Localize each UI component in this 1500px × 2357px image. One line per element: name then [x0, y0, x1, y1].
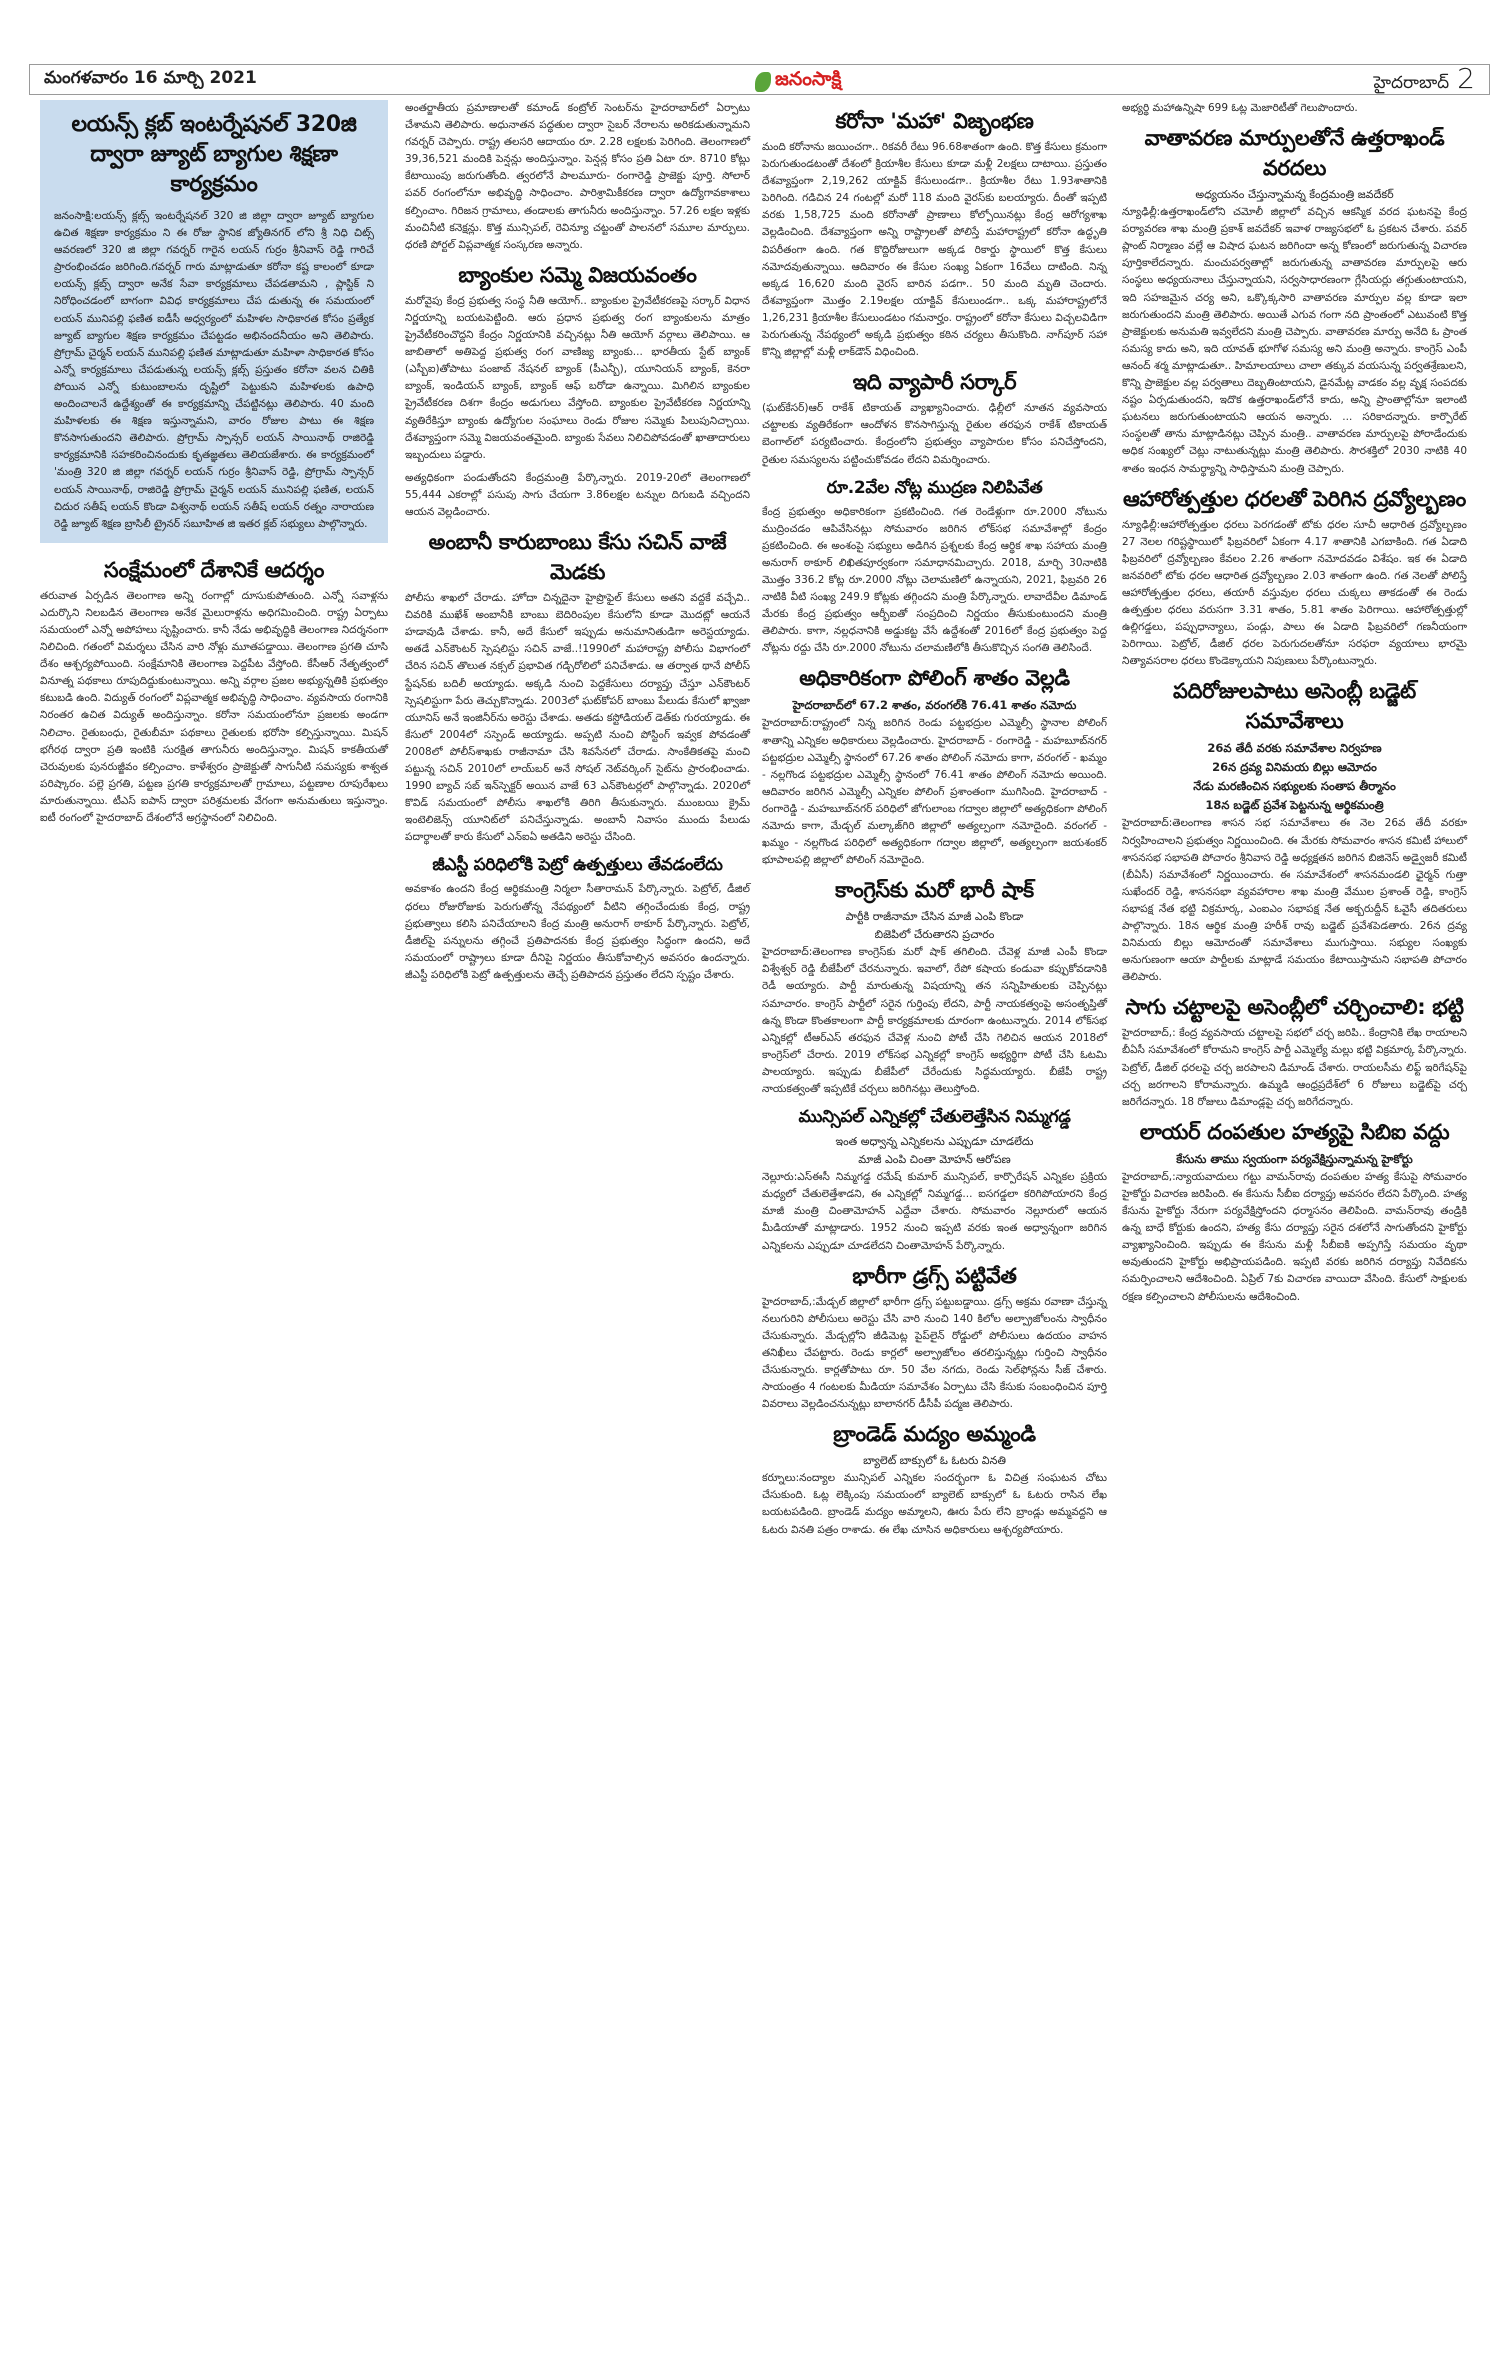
newspaper-name: జనంసాక్షి	[775, 68, 841, 95]
headline: ఆహారోత్పత్తుల ధరలతో పెరిగిన ద్రవ్యోల్బణం	[1122, 484, 1467, 514]
article-body: హైదరాబాద్,: కేంద్ర వ్యవసాయ చట్టాలపై సభలో…	[1122, 1025, 1467, 1110]
article-lions-club: లయన్స్ క్లబ్ ఇంటర్నేషనల్ 320జి ద్వారా జ్…	[40, 100, 388, 543]
subheadline: నేడు మరణించిన సభ్యులకు సంతాప తీర్మానం	[1122, 777, 1467, 796]
headline: బ్యాంకుల సమ్మె విజయవంతం	[405, 260, 750, 290]
column-1: లయన్స్ క్లబ్ ఇంటర్నేషనల్ 320జి ద్వారా జ్…	[40, 100, 388, 827]
subheadline: మాజీ ఎంపి చింతా మోహన్ ఆరోపణ	[762, 1151, 1107, 1169]
article-bhatti: సాగు చట్టాలపై అసెంబ్లీలో చర్చించాలి: భట్…	[1122, 992, 1467, 1110]
article-lawyer-murder: లాయర్ దంపతుల హత్యపై సిబిఐ వద్దు కేసును త…	[1122, 1117, 1467, 1306]
subheadline: పార్టీకి రాజీనామా చేసిన మాజీ ఎంపి కొండా	[762, 908, 1107, 926]
article-body: కర్నూలు:నంద్యాల మున్సిపల్ ఎన్నికల సందర్భ…	[762, 1470, 1107, 1538]
article-governor-speech: అంతర్జాతీయ ప్రమాణాలతో కమాండ్ కంట్రోల్ సె…	[405, 100, 750, 254]
article-body: పోలీసు శాఖలో చేరాడు. హోదా చిన్నదైనా హైప్…	[405, 590, 750, 846]
election-result-line: అభ్యర్థి మహాఉన్నిషా 699 ఓట్ల మెజారిటీతో …	[1122, 100, 1467, 117]
headline: అధికారికంగా పోలింగ్ శాతం వెల్లడి	[762, 663, 1107, 693]
article-corona: కరోనా 'మహా' విజృంభణ మంది కరోనాను జయించగా…	[762, 106, 1107, 361]
headline: సాగు చట్టాలపై అసెంబ్లీలో చర్చించాలి: భట్…	[1122, 992, 1467, 1022]
masthead: మంగళవారం 16 మార్చి 2021 జనంసాక్షి హైదరాబ…	[29, 64, 1490, 95]
article-body: హైదరాబాద్:తెలంగాణ కాంగ్రెస్‌కు మరో షాక్ …	[762, 944, 1107, 1098]
article-branded-liquor: బ్రాండెడ్ మద్యం అమ్మండి బ్యాలెట్ బాక్సుల…	[762, 1419, 1107, 1538]
subheadline: బ్యాలెట్ బాక్సులో ఓ ఓటరు వినతి	[762, 1452, 1107, 1470]
article-body-turmeric: అత్యధికంగా పండుతోందని కేంద్రమంత్రి పేర్క…	[405, 470, 750, 521]
column-3: కరోనా 'మహా' విజృంభణ మంది కరోనాను జయించగా…	[762, 100, 1107, 1539]
headline: బ్రాండెడ్ మద్యం అమ్మండి	[762, 1419, 1107, 1449]
article-body: కేంద్ర ప్రభుత్వం అధికారికంగా ప్రకటించింద…	[762, 504, 1107, 658]
article-drugs-seized: భారీగా డ్రగ్స్ పట్టివేత హైదరాబాద్,:మేడ్చ…	[762, 1261, 1107, 1414]
column-2: అంతర్జాతీయ ప్రమాణాలతో కమాండ్ కంట్రోల్ సె…	[405, 100, 750, 984]
headline: భారీగా డ్రగ్స్ పట్టివేత	[762, 1261, 1107, 1291]
edition-label: హైదరాబాద్ 2	[1373, 62, 1475, 97]
subheadline: హైదరాబాద్‌లో 67.2 శాతం, వరంగల్‌కి 76.41 …	[762, 696, 1107, 715]
headline: కరోనా 'మహా' విజృంభణ	[762, 106, 1107, 136]
subheadline: కేసును తాము స్వయంగా పర్యవేక్షిస్తున్నామన…	[1122, 1150, 1467, 1169]
article-body: హైదరాబాద్:రాష్ట్రంలో నిన్న జరిగిన రెండు …	[762, 715, 1107, 869]
article-body: హైదరాబాద్:తెలంగాణ శాసన సభ సమావేశాలు ఈ నె…	[1122, 815, 1467, 986]
edition-city: హైదరాబాద్	[1373, 73, 1449, 97]
article-body: హైదరాబాద్,:మేడ్చల్ జిల్లాలో భారీగా డ్రగ్…	[762, 1294, 1107, 1414]
article-body: న్యూఢిల్లీ:ఆహారోత్పత్తుల ధరలు పెరగడంతో ట…	[1122, 517, 1467, 671]
article-body: తరువాత ఏర్పడిన తెలంగాణ అన్ని రంగాల్లో దూ…	[40, 588, 388, 827]
headline: ఇది వ్యాపారీ సర్కార్	[762, 367, 1107, 397]
headline: అంబానీ కారుబాంబు కేసు సచిన్ వాజే మెడకు	[405, 527, 750, 587]
page-number: 2	[1457, 62, 1475, 95]
article-body: హైదరాబాద్,:న్యాయవాదులు గట్టు వామన్‌రావు …	[1122, 1169, 1467, 1306]
article-assembly-budget: పదిరోజులపాటు అసెంబ్లీ బడ్జెట్ సమావేశాలు …	[1122, 676, 1467, 986]
article-telangana-welfare: సంక్షేమంలో దేశానికే ఆదర్శం తరువాత ఏర్పడి…	[40, 555, 388, 827]
article-body: న్యూఢిల్లీ:ఉత్తరాఖండ్‌లోని చమోలీ జిల్లాల…	[1122, 204, 1467, 478]
article-polling: అధికారికంగా పోలింగ్ శాతం వెల్లడి హైదరాబా…	[762, 663, 1107, 869]
article-body: అంతర్జాతీయ ప్రమాణాలతో కమాండ్ కంట్రోల్ సె…	[405, 100, 750, 254]
article-body: నెల్లూరు:ఎస్ఈసీ నిమ్మగడ్డ రమేష్ కుమార్ మ…	[762, 1169, 1107, 1254]
newspaper-logo: జనంసాక్షి	[755, 68, 841, 95]
article-nimmagadda: మున్సిపల్ ఎన్నికల్లో చేతులెత్తేసిన నిమ్మ…	[762, 1104, 1107, 1254]
article-2000-notes: రూ.2వేల నోట్ల ముద్రణ నిలిపివేత కేంద్ర ప్…	[762, 475, 1107, 658]
subheadline: బిజెపిలో చేరుతారని ప్రచారం	[762, 926, 1107, 944]
column-4: అభ్యర్థి మహాఉన్నిషా 699 ఓట్ల మెజారిటీతో …	[1122, 100, 1467, 1306]
headline: లయన్స్ క్లబ్ ఇంటర్నేషనల్ 320జి ద్వారా జ్…	[54, 110, 374, 200]
subheadline: 26న ద్రవ్య వినిమయ బిల్లు ఆమోదం	[1122, 758, 1467, 777]
headline: సంక్షేమంలో దేశానికే ఆదర్శం	[40, 555, 388, 585]
subheadline: ఇంత అధ్వాన్న ఎన్నికలను ఎప్పుడూ చూడలేదు	[762, 1133, 1107, 1151]
subheadline: అధ్యయనం చేస్తున్నామన్న కేంద్రమంత్రి జవదే…	[1122, 186, 1467, 204]
article-congress-shock: కాంగ్రెస్‌కు మరో భారీ షాక్ పార్టీకి రాజీ…	[762, 875, 1107, 1098]
headline: లాయర్ దంపతుల హత్యపై సిబిఐ వద్దు	[1122, 1117, 1467, 1147]
headline: రూ.2వేల నోట్ల ముద్రణ నిలిపివేత	[762, 475, 1107, 501]
article-gst-petrol: జీఎస్టీ పరిధిలోకి పెట్రో ఉత్పత్తులు తేవడ…	[405, 852, 750, 984]
article-ambani-case: అంబానీ కారుబాంబు కేసు సచిన్ వాజే మెడకు ప…	[405, 527, 750, 846]
headline: జీఎస్టీ పరిధిలోకి పెట్రో ఉత్పత్తులు తేవడ…	[405, 852, 750, 878]
headline: వాతావరణ మార్పులతోనే ఉత్తరాఖండ్ వరదలు	[1122, 123, 1467, 183]
article-body: అవకాశం ఉందని కేంద్ర ఆర్థికమంత్రి నిర్మలా…	[405, 881, 750, 984]
article-banks-strike: బ్యాంకుల సమ్మె విజయవంతం మరోవైపు కేంద్ర ప…	[405, 260, 750, 521]
article-uttarakhand-floods: వాతావరణ మార్పులతోనే ఉత్తరాఖండ్ వరదలు అధ్…	[1122, 123, 1467, 478]
issue-date: మంగళవారం 16 మార్చి 2021	[44, 68, 257, 92]
article-body: మరోవైపు కేంద్ర ప్రభుత్వ సంస్థ నీతి ఆయోగ్…	[405, 293, 750, 464]
headline: మున్సిపల్ ఎన్నికల్లో చేతులెత్తేసిన నిమ్మ…	[762, 1104, 1107, 1130]
article-body: మంది కరోనాను జయించగా.. రికవరీ రేటు 96.68…	[762, 139, 1107, 361]
article-body: (ఘట్‌కేసర్)ఆర్ రాకేశ్ టికాయత్ వ్యాఖ్యాని…	[762, 400, 1107, 468]
article-inflation: ఆహారోత్పత్తుల ధరలతో పెరిగిన ద్రవ్యోల్బణం…	[1122, 484, 1467, 671]
headline: పదిరోజులపాటు అసెంబ్లీ బడ్జెట్ సమావేశాలు	[1122, 676, 1467, 736]
article-body: జనంసాక్షి:లయన్స్ క్లబ్స్ ఇంటర్నేషనల్ 320…	[54, 208, 374, 533]
leaf-icon	[755, 72, 771, 92]
subheadline: 18న బడ్జెట్ ప్రవేశ పెట్టనున్న ఆర్థికమంత్…	[1122, 796, 1467, 815]
article-trader-govt: ఇది వ్యాపారీ సర్కార్ (ఘట్‌కేసర్)ఆర్ రాకే…	[762, 367, 1107, 468]
headline: కాంగ్రెస్‌కు మరో భారీ షాక్	[762, 875, 1107, 905]
subheadline: 26వ తేదీ వరకు సమావేశాల నిర్వహణ	[1122, 739, 1467, 758]
